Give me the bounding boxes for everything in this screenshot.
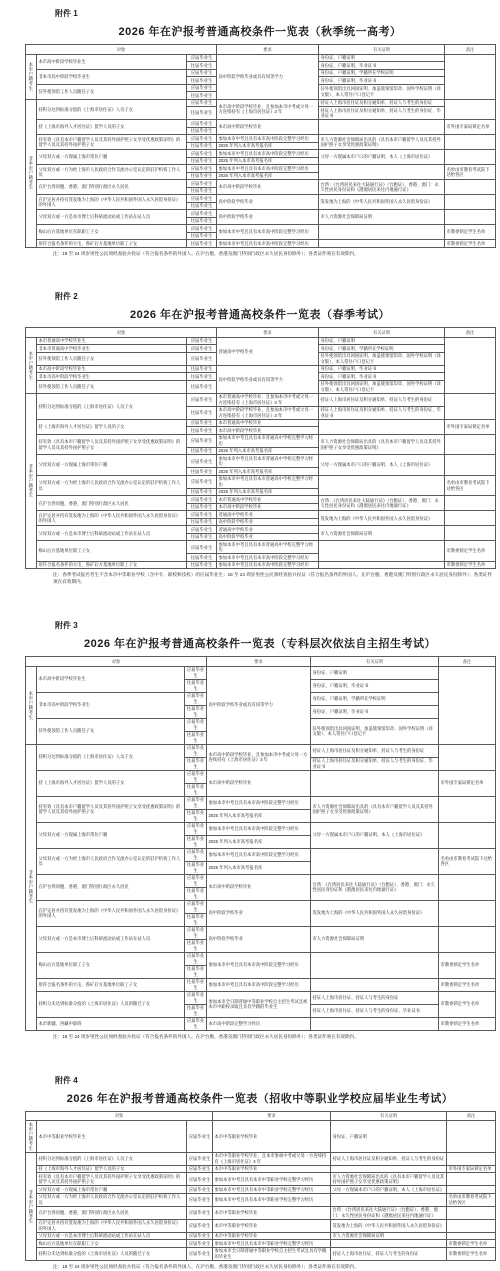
table-cell: 原符合报名条件的大屯、鲁矿后方基地单位职工子女	[37, 978, 185, 991]
table-note: 注：18 至 24 周岁男性公民须经查验兵役证（符合报名条件的外国人、在沪台胞、…	[53, 251, 495, 258]
category-cell: 往届毕业生	[185, 861, 207, 874]
table-row: 非本市户籍考生持积分达到标准分值的《上海市居住证》人员子女应届毕业生本市高中阶段…	[26, 744, 496, 757]
table-cell: 身份证、户籍证明、学籍所在学校证明	[319, 69, 445, 77]
table-cell: 签发地为上海的《中华人民共和国外国人永久居留身份证》	[319, 195, 445, 210]
group-label-cell: 非本市户籍考生	[26, 1152, 37, 1260]
table-cell: 台湾：《台湾居民来往大陆通行证》（台胞证）、香港、澳门：永久性居民身份证和《港澳…	[319, 180, 445, 195]
table-row: 持有效《具有本市户籍留学人员及其持外国护照子女享受优惠政策证明》的留学人员及其持…	[26, 796, 496, 809]
table-cell: 名单由市教育考试院下达给各区	[445, 475, 496, 496]
category-cell: 往届毕业生	[187, 518, 217, 526]
table-note: 注：18 至 24 周岁男性公民须经查验兵役证（符合报名条件的外国人、在沪台胞、…	[53, 1264, 495, 1271]
table-cell: 参加本市中考且具有本市高中阶段完整学习经历	[207, 978, 311, 991]
table-cell: 本市高中阶段学校毕业	[217, 503, 319, 511]
category-cell: 应届毕业生	[187, 1206, 213, 1219]
table-note: 注：春季考试报名考生不含本市中等职业学校（含中专、职校和技校）的应届毕业生；18…	[53, 572, 495, 586]
table-cell: 身份证、户籍证明、学籍所在学校证明	[319, 345, 445, 353]
table-cell	[445, 99, 496, 120]
category-cell: 往届毕业生	[185, 978, 207, 991]
category-cell: 应届毕业生	[187, 434, 217, 447]
table-cell: 高中阶段学校毕业或具有同等学力	[217, 54, 319, 99]
table-row: 父母双方或一方为经上海市人民政府合作交流办公室认定的驻沪机构工作人员应届毕业生参…	[26, 475, 496, 488]
category-cell: 往届毕业生	[187, 240, 217, 248]
category-cell: 往届毕业生	[185, 835, 207, 848]
table-cell	[311, 848, 439, 874]
category-cell: 应届毕业生	[187, 180, 217, 188]
category-cell: 应届毕业生	[187, 419, 217, 427]
table-cell	[439, 926, 496, 952]
table-cell	[331, 1165, 447, 1173]
category-cell: 应届毕业生	[187, 54, 217, 62]
attachment-3: 附件 3 2026 年在沪报考普通高校条件一览表（专科层次依法自主招生考试） 对…	[25, 620, 495, 1040]
table-cell: 市教委锁定学生名单	[445, 561, 496, 569]
table-cell: 高中阶段学校毕业	[207, 926, 311, 952]
page-title: 2026 年在沪报考普通高校条件一览表（招收中等职业学校应届毕业生考试）	[25, 1090, 495, 1106]
attachment-2: 附件 2 2026 年在沪报考普通高校条件一览表（春季考试） 对象要求有关证明备…	[25, 291, 495, 586]
category-cell: 应届毕业生	[185, 796, 207, 809]
table-cell: 在沪台湾同胞、香港、澳门特别行政区永久居民	[37, 1206, 187, 1219]
table-cell: 参加本市中考且具有本市高中阶段完整学习经历	[217, 135, 319, 143]
table-cell: 驻外使领馆出具回国证明、加盖使领馆印章、国外学校证明（译文版）、本人常住户口登记…	[319, 84, 445, 99]
table-cell	[445, 496, 496, 511]
category-cell: 往届毕业生	[187, 62, 217, 70]
column-header: 备注	[445, 45, 496, 55]
table-row: 本市新疆、西藏中职班应届毕业生本市高中阶段完整学习经历市教委锁定学生名单	[26, 1017, 496, 1030]
category-cell: 应届毕业生	[187, 1219, 213, 1232]
category-cell: 往届毕业生	[187, 554, 217, 562]
category-cell: 往届毕业生	[187, 365, 217, 373]
table-cell: 梅山后方基地单位在职职工子女	[37, 1240, 187, 1248]
category-cell: 应届毕业生	[185, 1017, 207, 1030]
category-cell: 往届毕业生	[185, 705, 207, 718]
category-cell: 往届毕业生	[187, 468, 217, 476]
table-cell: 身份证、户籍证明	[331, 1121, 447, 1153]
table-cell	[439, 874, 496, 900]
table-cell: 高中阶段学校毕业或具有同等学力	[217, 365, 319, 393]
table-cell: 2025 年列入本市高考报名库	[217, 468, 319, 476]
column-header: 有关证明	[331, 1111, 447, 1121]
table-cell: 持证人上海市居住证及积分通知单、持证人与考生的身份证、毕业证书	[319, 406, 445, 419]
table-cell: 2025 年列入本市高考报名库	[217, 447, 319, 455]
table-cell: 市人力资源社会保障局证明	[319, 210, 445, 225]
category-cell: 往届毕业生	[187, 380, 217, 393]
table-cell	[445, 337, 496, 393]
table-cell: 2025 年列入本市高考报名库	[217, 142, 319, 150]
table-cell: 名单由市教育考试院下达给各区	[439, 848, 496, 874]
category-cell: 应届毕业生	[187, 496, 217, 504]
category-cell: 往届毕业生	[187, 187, 217, 195]
table-cell: 参加本市中考且具有本市高中阶段完整学习经历	[217, 561, 319, 569]
table-cell	[445, 210, 496, 225]
table-cell	[447, 1121, 496, 1153]
table-cell	[445, 150, 496, 165]
table-cell: 身份证、户籍证明、学籍所在学校证明	[311, 692, 439, 705]
table-cell: 2025 年列入本市高考报名库	[217, 488, 319, 496]
table-cell: 非本市普通高中学校毕业生	[37, 345, 187, 353]
table-cell	[319, 120, 445, 135]
table-cell	[445, 526, 496, 541]
table-cell: 参加本市中考且具有本市中等职业学校完整学习经历	[213, 1240, 331, 1248]
table-cell: 持有效《具有本市户籍留学人员及其持外国护照子女享受优惠政策证明》的留学人员及其持…	[37, 796, 185, 822]
table-cell: 高中阶段学校毕业	[207, 900, 311, 926]
table-cell	[447, 1232, 496, 1240]
table-cell	[439, 666, 496, 744]
conditions-table-secondary-vocational: 对象要求有关证明备注本市户籍考生本市中等职业学校毕业生应届毕业生本市中等职业学校…	[25, 1111, 496, 1261]
table-cell: 本市普通高中学校毕业、且参加本市中考或父母一方连续持有《上海市居住证》3 年	[217, 393, 319, 406]
table-cell	[447, 1219, 496, 1232]
table-row: 父母双方或一方现属上海市常住户籍应届毕业生参加本市中考且具有本市中等职业学校完整…	[26, 1186, 496, 1194]
table-row: 梅山后方基地单位在职职工子女应届毕业生参加本市中考且具有本市中等职业学校完整学习…	[26, 1240, 496, 1248]
table-cell: 非本市高中阶段学校毕业生	[37, 692, 185, 718]
category-cell: 应届毕业生	[187, 1193, 213, 1206]
table-cell: 普通高中学校毕业	[217, 526, 319, 534]
category-cell: 应届毕业生	[187, 1232, 213, 1240]
table-cell: 父母一方现属本市户口的户籍证明、本人《上海市居住证》	[311, 822, 439, 848]
group-label-cell: 本市户籍考生	[26, 337, 37, 393]
table-row: 梅山后方基地单位在职职工子女应届毕业生参加本市中考且具有本市高中阶段完整学习经历…	[26, 225, 496, 233]
table-cell: 父母双方或一方现属上海市常住户籍	[37, 455, 187, 476]
table-cell: 参加本市中考且具有本市普通高中学校完整学习经历	[217, 475, 319, 488]
category-cell: 应届毕业生	[185, 822, 207, 835]
table-cell: 2025 年列入本市高考报名库	[207, 835, 311, 848]
table-cell: 驻外使领馆工作人员随任子女	[37, 352, 187, 365]
table-cell: 市教委锁定学生名单	[439, 1017, 496, 1030]
category-cell: 往届毕业生	[187, 447, 217, 455]
table-cell: 本市新疆、西藏中职班	[37, 1017, 185, 1030]
page-title: 2026 年在沪报考普通高校条件一览表（春季考试）	[25, 306, 495, 322]
category-cell: 应届毕业生	[187, 1240, 213, 1248]
table-cell: 本市高中阶段学校毕业生	[37, 54, 187, 69]
table-cell: 市人力资源社会保障局出具的《具有本市户籍留学人员及其持外国护照子女享受优惠政策证…	[319, 434, 445, 455]
table-cell: 台湾：《台湾居民来往大陆通行证》（台胞证）、香港、澳门：永久性居民身份证和《港澳…	[311, 874, 439, 900]
category-cell: 往届毕业生	[187, 92, 217, 100]
table-cell: 驻外使领馆工作人员随任子女	[37, 84, 187, 99]
table-cell: 身份证、户籍证明、毕业证书	[311, 705, 439, 718]
table-cell	[311, 952, 439, 978]
conditions-table-vocational-autonomous: 对象要求有关证明备注本市户籍考生本市高中阶段学校毕业生应届毕业生高中阶段学校毕业…	[25, 656, 496, 1031]
table-cell: 市人力资源社会保障局出具的《具有本市户籍留学人员及其持外国护照子女享受优惠政策证…	[331, 1173, 447, 1186]
attachment-label: 附件 2	[55, 291, 495, 302]
table-cell: 市人力资源社会保障局出具的《具有本市户籍留学人员及其持外国护照子女享受优惠政策证…	[319, 135, 445, 150]
table-row: 持《上海市海外人才居住证》留学人员的子女应届毕业生本市高中阶段学校毕业市外国专家…	[26, 120, 496, 128]
group-label-cell: 本市户籍考生	[26, 1121, 37, 1153]
table-row: 原符合报名条件的大屯、鲁矿后方基地单位职工子女往届毕业生参加本市中考且具有本市高…	[26, 240, 496, 248]
category-cell: 往届毕业生	[187, 217, 217, 225]
category-cell: 应届毕业生	[185, 991, 207, 1004]
table-row: 在沪台湾同胞、香港、澳门特别行政区永久居民应届毕业生本市中等职业学校毕业台湾：《…	[26, 1206, 496, 1219]
table-cell: 市教委锁定学生名单	[445, 541, 496, 562]
table-cell: 在沪定居并持有签发地为上海的《中华人民共和国外国人永久居留身份证》的外国人	[37, 1219, 187, 1232]
category-cell: 往届毕业生	[187, 77, 217, 85]
table-cell: 身份证、户籍证明	[311, 666, 439, 679]
table-cell	[319, 225, 445, 240]
table-cell: 参加本市全日制普通中等职业学校自主招生考试且被本市中职校录取且具有学籍的毕业生	[207, 991, 311, 1017]
table-row: 本市高中阶段学校毕业生往届毕业生高中阶段学校毕业或具有同等学力身份证、户籍证明、…	[26, 365, 496, 373]
category-cell: 往届毕业生	[185, 887, 207, 900]
category-cell: 应届毕业生	[187, 69, 217, 77]
table-cell	[445, 180, 496, 195]
table-cell: 父母双方或一方是本市博士后科研流动站或工作站在站人员	[37, 926, 185, 952]
table-cell: 父母双方或一方是本市博士后科研流动站或工作站在站人员	[37, 526, 187, 541]
category-cell: 应届毕业生	[187, 1173, 213, 1186]
table-cell	[331, 1240, 447, 1248]
category-cell: 应届毕业生	[187, 165, 217, 173]
table-cell	[439, 744, 496, 770]
table-cell: 市人力资源社会保障局证明	[319, 526, 445, 541]
table-cell: 高中阶段学校毕业	[217, 210, 319, 225]
group-label-cell: 本市户籍考生	[26, 54, 37, 99]
table-cell: 持证人上海市居住证及积分通知单、持证人与考生的身份证	[319, 393, 445, 406]
category-cell: 往届毕业生	[187, 107, 217, 120]
table-cell: 名单由市教育考试院下达给各区	[447, 1193, 496, 1206]
category-cell: 往届毕业生	[187, 157, 217, 165]
table-cell: 梅山后方基地单位职工子女	[37, 952, 185, 978]
category-cell: 应届毕业生	[185, 666, 207, 679]
table-row: 原符合报名条件的大屯、鲁矿后方基地单位职工子女往届毕业生参加本市中考且具有本市高…	[26, 561, 496, 569]
table-cell: 持积分未达到标准分值的《上海市居住证》人员的随迁子女	[37, 1247, 187, 1260]
column-header: 有关证明	[319, 45, 445, 55]
category-cell: 往届毕业生	[185, 757, 207, 770]
table-cell: 台湾：《台湾居民来往大陆通行证》（台胞证）、香港、澳门：永久性居民身份证和《港澳…	[331, 1206, 447, 1219]
table-cell: 参加本市中考且具有本市中等职业学校完整学习经历	[213, 1193, 331, 1206]
conditions-table-spring-exam: 对象要求有关证明备注本市户籍考生本市普通高中学校毕业生应届毕业生普通高中学校毕业…	[25, 327, 496, 569]
attachment-1: 附件 1 2026 年在沪报考普通高校条件一览表（秋季统一高考） 对象要求有关证…	[25, 8, 495, 257]
column-header: 要求	[207, 657, 311, 667]
table-cell: 参加本市中考且具有本市中等职业学校完整学习经历	[213, 1186, 331, 1194]
category-cell: 往届毕业生	[185, 809, 207, 822]
table-row: 在沪台湾同胞、香港、澳门特别行政区永久居民应届毕业生本市普通高中学校毕业台湾：《…	[26, 496, 496, 504]
category-cell: 往届毕业生	[187, 427, 217, 435]
category-cell: 应届毕业生	[185, 848, 207, 861]
category-cell: 应届毕业生	[187, 99, 217, 107]
table-cell: 持证人上海市居住证及积分通知单、持证人与考生的身份证	[319, 99, 445, 107]
table-row: 在沪台湾同胞、香港、澳门特别行政区永久居民应届毕业生本市高中阶段学校毕业台湾：《…	[26, 180, 496, 188]
table-row: 原符合报名条件的大屯、鲁矿后方基地单位职工子女往届毕业生参加本市中考且具有本市高…	[26, 978, 496, 991]
table-cell: 身份证、户籍证明	[319, 337, 445, 345]
table-cell: 身份证、户籍证明、毕业证书	[319, 62, 445, 70]
table-cell: 在沪定居并持有签发地为上海的《中华人民共和国外国人永久居留身份证》的外国人	[37, 900, 185, 926]
table-row: 父母双方或一方是本市博士后科研流动站或工作站在站人员应届毕业生普通高中学校毕业市…	[26, 526, 496, 534]
table-cell	[445, 135, 496, 150]
category-cell: 应届毕业生	[187, 345, 217, 353]
table-cell: 普通高中学校毕业	[217, 511, 319, 519]
table-cell: 市教委锁定学生名单	[447, 1240, 496, 1248]
table-cell: 高中阶段学校毕业	[217, 195, 319, 210]
category-cell: 应届毕业生	[187, 393, 217, 406]
table-row: 父母双方或一方是本市博士后科研流动站或工作站在站人员应届毕业生高中阶段学校毕业市…	[26, 926, 496, 939]
column-header: 要求	[217, 328, 319, 338]
category-cell: 往届毕业生	[185, 939, 207, 952]
table-row: 父母双方或一方现属上海市常住户籍应届毕业生参加本市中考且具有本市高中阶段完整学习…	[26, 150, 496, 158]
category-cell: 应届毕业生	[187, 352, 217, 365]
table-cell: 持积分未达到标准分值的《上海市居住证》人员的随迁子女	[37, 991, 185, 1017]
table-cell: 高中阶段学校毕业	[217, 533, 319, 541]
group-label-cell: 非本市户籍考生	[26, 393, 37, 569]
table-cell: 持《上海市海外人才居住证》留学人员的子女	[37, 419, 187, 434]
table-cell: 本市高中阶段学校毕业	[217, 427, 319, 435]
category-cell: 往届毕业生	[187, 561, 217, 569]
table-cell	[445, 455, 496, 476]
category-cell: 往届毕业生	[187, 503, 217, 511]
table-cell: 父母双方或一方为经上海市人民政府合作交流办公室认定的驻沪机构工作人员	[37, 475, 187, 496]
category-cell: 往届毕业生	[185, 679, 207, 692]
table-cell: 本市高中阶段学校毕业生	[37, 365, 187, 373]
table-cell: 签发地为上海的《中华人民共和国外国人永久居留身份证》	[311, 900, 439, 926]
category-cell: 应届毕业生	[187, 337, 217, 345]
table-cell: 本市高中阶段完整学习经历	[207, 1017, 311, 1030]
table-cell: 父母双方或一方为经上海市人民政府合作交流办公室认定的驻沪机构工作人员	[37, 1193, 187, 1206]
table-cell: 父母一方现属本市户口的户籍证明、本人《上海市居住证》	[319, 455, 445, 476]
category-cell: 应届毕业生	[187, 475, 217, 488]
table-cell: 在沪定居并持有签发地为上海的《中华人民共和国外国人永久居留身份证》的外国人	[37, 195, 187, 210]
column-header: 对象	[26, 657, 207, 667]
table-row: 梅山后方基地单位职工子女应届毕业生参加本市中考且具有本市普通高中学校完整学习经历…	[26, 541, 496, 554]
table-cell: 持有效《具有本市户籍留学人员及其持外国护照子女享受优惠政策证明》的留学人员及其持…	[37, 434, 187, 455]
table-cell: 参加本市中考且具有本市高中阶段完整学习经历	[207, 848, 311, 861]
table-cell: 高中阶段学校毕业	[217, 518, 319, 526]
table-cell	[311, 1017, 439, 1030]
table-cell: 参加本市中考且具有本市高中阶段完整学习经历	[207, 952, 311, 978]
table-cell: 参加本市全日制普通中等职业学校自主招生考试且具有学籍的毕业生	[213, 1247, 331, 1260]
table-cell: 驻外使领馆工作人员随任子女	[37, 718, 185, 744]
table-cell: 在沪台湾同胞、香港、澳门特别行政区永久居民	[37, 874, 185, 900]
category-cell: 往届毕业生	[185, 1004, 207, 1017]
table-cell: 参加本市中考且具有本市普通高中学校完整学习经历	[217, 455, 319, 468]
category-cell: 应届毕业生	[187, 120, 217, 128]
table-cell: 名单由市教育考试院下达给各区	[445, 165, 496, 180]
table-cell: 在沪定居并持有签发地为上海的《中华人民共和国外国人永久居留身份证》的外国人	[37, 511, 187, 526]
table-cell: 参加本市中考且具有本市高中阶段完整学习经历	[217, 225, 319, 240]
table-row: 持《上海市海外人才居住证》留学人员的子女应届毕业生本市高中阶段学校毕业市外国专家…	[26, 770, 496, 783]
table-row: 持有效《具有本市户籍留学人员及其持外国护照子女享受优惠政策证明》的留学人员及其持…	[26, 434, 496, 447]
table-cell: 高中阶段学校毕业或具有同等学力	[207, 666, 311, 744]
category-cell: 往届毕业生	[187, 488, 217, 496]
table-cell: 本市中等职业学校毕业	[213, 1232, 331, 1240]
category-cell: 应届毕业生	[185, 874, 207, 887]
category-cell: 应届毕业生	[187, 526, 217, 534]
table-row: 梅山后方基地单位职工子女应届毕业生参加本市中考且具有本市高中阶段完整学习经历市教…	[26, 952, 496, 965]
table-cell: 市教委锁定学生名单	[447, 1247, 496, 1260]
table-row: 持有效《具有本市户籍留学人员及其持外国护照子女享受优惠政策证明》的留学人员及其持…	[26, 1173, 496, 1186]
table-cell: 2025 年列入本市高考报名库	[207, 809, 311, 822]
table-cell: 本市高中阶段学校毕业	[217, 120, 319, 135]
table-cell: 参加本市中考且具有本市普通高中学校完整学习经历	[217, 541, 319, 554]
table-cell: 本市高中阶段学校毕业	[207, 770, 311, 796]
table-row: 父母双方或一方现属上海市常住户籍应届毕业生参加本市中考且具有本市高中阶段完整学习…	[26, 822, 496, 835]
category-cell: 往届毕业生	[187, 232, 217, 240]
category-cell: 往届毕业生	[185, 965, 207, 978]
category-cell: 应届毕业生	[187, 455, 217, 468]
table-cell: 本市高中阶段学校毕业	[207, 874, 311, 900]
table-cell: 参加本市中考且具有本市高中阶段完整学习经历	[217, 240, 319, 248]
category-cell: 应届毕业生	[185, 744, 207, 757]
category-cell: 应届毕业生	[187, 84, 217, 92]
page-title: 2026 年在沪报考普通高校条件一览表（专科层次依法自主招生考试）	[25, 635, 495, 651]
table-cell: 市人力资源社会保障局出具的《具有本市户籍留学人员及其持外国护照子女享受优惠政策证…	[311, 796, 439, 822]
table-cell: 持证人上海市居住证、持证人与考生的身份证	[311, 991, 439, 1004]
table-row: 持有效《具有本市户籍留学人员及其持外国护照子女享受优惠政策证明》的留学人员及其持…	[26, 135, 496, 143]
category-cell: 往届毕业生	[185, 783, 207, 796]
table-row: 本市户籍考生本市高中阶段学校毕业生应届毕业生高中阶段学校毕业或具有同等学力身份证…	[26, 666, 496, 679]
table-cell: 市外国专家局锁定名单	[445, 120, 496, 135]
attachment-label: 附件 4	[55, 1075, 495, 1086]
table-cell	[447, 1152, 496, 1165]
table-row: 本市户籍考生本市高中阶段学校毕业生应届毕业生高中阶段学校毕业或具有同等学力身份证…	[26, 54, 496, 62]
table-cell: 身份证、户籍证明、毕业证书	[319, 373, 445, 381]
table-cell: 持积分达到标准分值的《上海市居住证》人员子女	[37, 744, 185, 770]
attachment-label: 附件 3	[55, 620, 495, 631]
group-label-cell: 非本市户籍考生	[26, 744, 37, 1030]
table-cell: 本市普通高中学校毕业	[217, 419, 319, 427]
table-cell: 2025 年列入本市高考报名库	[217, 172, 319, 180]
table-cell: 本市普通高中学校毕业	[217, 496, 319, 504]
table-cell: 持《上海市海外人才居住证》留学人员的子女	[37, 770, 185, 796]
table-cell: 持积分达到标准分值的《上海市居住证》人员子女	[37, 1152, 187, 1165]
table-cell: 驻外使领馆出具回国证明、加盖使领馆印章、国外学校证明（译文版）、本人常住户口登记…	[319, 380, 445, 393]
table-cell: 本市中等职业学校毕业	[213, 1206, 331, 1219]
group-label-cell: 本市户籍考生	[26, 666, 37, 744]
table-cell	[319, 165, 445, 180]
table-cell: 持积分达到标准分值的《上海市居住证》人员子女	[37, 393, 187, 419]
table-cell: 父母双方或一方是本市博士后科研流动站或工作站在站人员	[37, 210, 187, 225]
table-cell	[445, 195, 496, 210]
page-title: 2026 年在沪报考普通高校条件一览表（秋季统一高考）	[25, 23, 495, 39]
table-cell: 身份证、户籍证明、毕业证书	[311, 679, 439, 692]
table-row: 持《上海市海外人才居住证》留学人员的子女应届毕业生本市中等职业学校毕业市外国专家…	[26, 1165, 496, 1173]
table-cell: 持积分达到标准分值的《上海市居住证》人员子女	[37, 99, 187, 120]
table-cell: 2025 年列入本市高考报名库	[217, 157, 319, 165]
table-cell: 父母双方或一方为经上海市人民政府合作交流办公室认定的驻沪机构工作人员	[37, 165, 187, 180]
table-cell: 非本市高中阶段学校毕业生	[37, 69, 187, 84]
table-cell: 持《上海市海外人才居住证》留学人员的子女	[37, 120, 187, 135]
header-row: 对象要求有关证明备注	[26, 45, 496, 55]
table-row: 非本市户籍考生持积分达到标准分值的《上海市居住证》人员子女应届毕业生本市高中阶段…	[26, 99, 496, 107]
table-cell: 驻外使领馆工作人员随任子女	[37, 380, 187, 393]
category-cell: 往届毕业生	[187, 172, 217, 180]
table-cell: 原符合报名条件的大屯、鲁矿后方基地单位职工子女	[37, 561, 187, 569]
table-cell: 本市高中阶段学校毕业、且参加本市中考或父母一方连续持有《上海市居住证》3 年	[207, 744, 311, 770]
category-cell: 应届毕业生	[187, 210, 217, 218]
category-cell: 应届毕业生	[187, 150, 217, 158]
category-cell: 应届毕业生	[187, 135, 217, 143]
column-header: 备注	[439, 657, 496, 667]
table-cell: 持有效《具有本市户籍留学人员及其持外国护照子女享受优惠政策证明》的留学人员及其持…	[37, 1173, 187, 1186]
table-cell: 原符合报名条件的大屯、鲁矿后方基地单位职工子女	[37, 240, 187, 248]
table-cell	[447, 1186, 496, 1194]
table-cell: 市外国专家局锁定名单	[439, 770, 496, 796]
table-cell: 父母双方或一方现属上海市常住户籍	[37, 150, 187, 165]
table-cell: 参加本市中考且具有本市中等职业学校完整学习经历	[213, 1173, 331, 1186]
table-cell: 父母双方或一方是本市博士后科研流动站或工作站在站人员	[37, 1232, 187, 1240]
table-row: 父母双方或一方为经上海市人民政府合作交流办公室认定的驻沪机构工作人员应届毕业生参…	[26, 1193, 496, 1206]
table-cell: 本市中等职业学校毕业	[213, 1165, 331, 1173]
category-cell: 应届毕业生	[185, 770, 207, 783]
table-cell: 市教委锁定学生名单	[439, 991, 496, 1017]
table-cell: 父母双方或一方现属上海市常住户籍	[37, 822, 185, 848]
table-cell: 持证人上海市居住证及积分通知单、持证人与考生的身份证	[331, 1152, 447, 1165]
category-cell: 往届毕业生	[187, 202, 217, 210]
table-cell: 台湾：《台湾居民来往大陆通行证》（台胞证）、香港、澳门：永久性居民身份证和《港澳…	[319, 496, 445, 511]
table-cell	[319, 561, 445, 569]
category-cell: 应届毕业生	[187, 541, 217, 554]
table-cell: 本市高中阶段学校毕业生	[37, 666, 185, 692]
table-cell: 持证人上海市居住证、持证人与考生的身份证	[331, 1247, 447, 1260]
table-cell: 梅山后方基地单位在职职工子女	[37, 225, 187, 240]
category-cell: 应届毕业生	[185, 900, 207, 913]
table-cell: 身份证、户籍证明	[319, 54, 445, 62]
table-cell: 参加本市中考且具有本市高中阶段完整学习经历	[217, 554, 319, 562]
table-cell: 非本市高中阶段学校毕业生	[37, 373, 187, 381]
table-row: 非本市户籍考生持积分达到标准分值的《上海市居住证》人员子女应届毕业生本市普通高中…	[26, 393, 496, 406]
